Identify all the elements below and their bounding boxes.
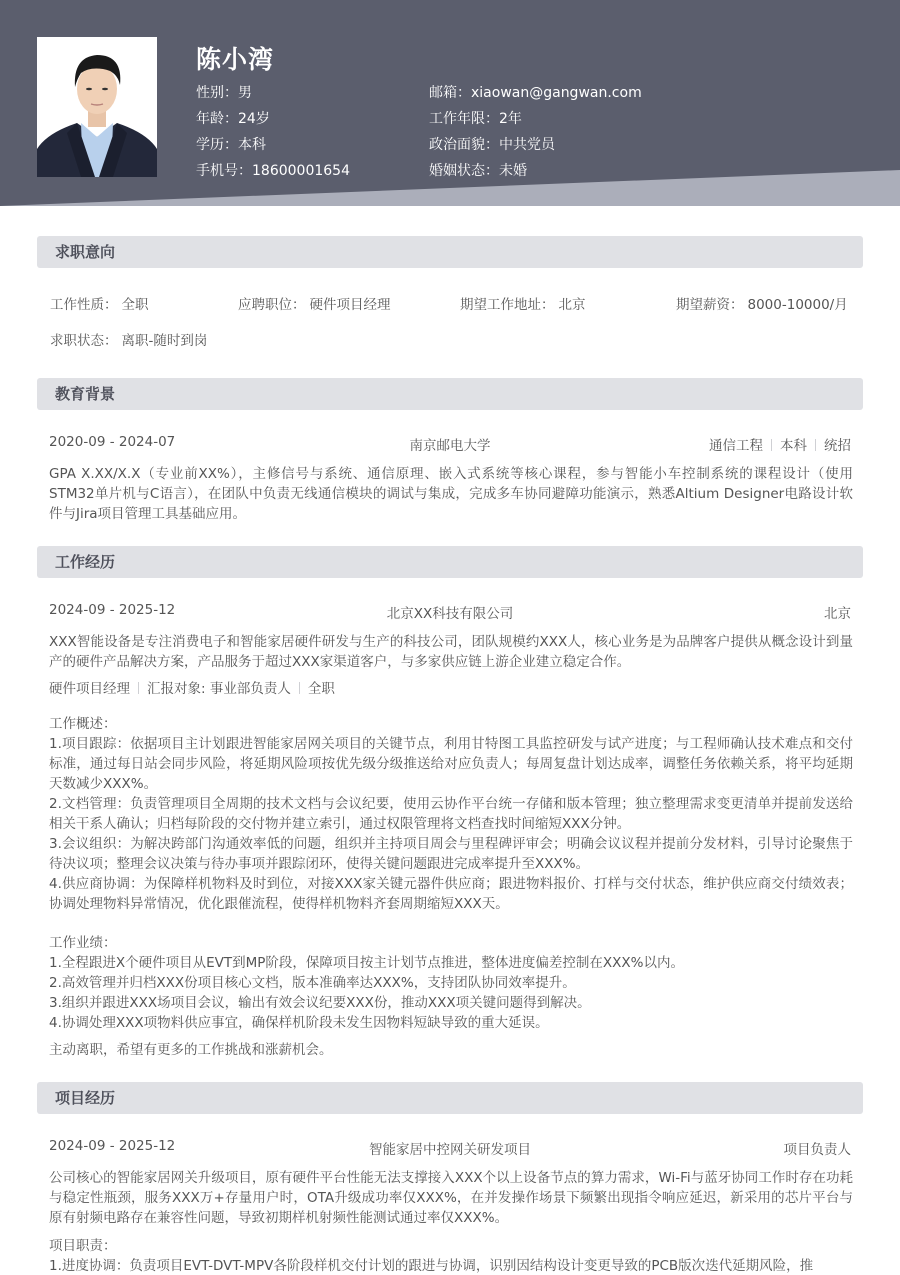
- info-label: 学历：: [196, 137, 238, 153]
- section-title: 教育背景: [37, 378, 863, 410]
- info-value: 2年: [499, 111, 522, 127]
- info-email: 邮箱：xiaowan@gangwan.com: [429, 82, 642, 108]
- field-label: 工作性质：: [50, 297, 118, 313]
- field-label: 应聘职位：: [238, 297, 306, 313]
- divider: [771, 439, 772, 451]
- field-value: 北京: [559, 297, 586, 313]
- achievement-item: 1.全程跟进X个硬件项目从EVT到MP阶段，保障项目按主计划节点推进，整体进度偏…: [49, 953, 853, 973]
- info-label: 手机号：: [196, 163, 252, 179]
- field-value: 全职: [122, 297, 149, 313]
- field-label: 期望工作地址：: [460, 297, 555, 313]
- tag-title: 硬件项目经理: [49, 681, 130, 697]
- info-marital-status: 婚姻状态：未婚: [429, 160, 642, 186]
- summary-label: 工作概述：: [49, 714, 853, 734]
- section-title: 工作经历: [37, 546, 863, 578]
- project-duties: 项目职责： 1.进度协调：负责项目EVT-DVT-MPV各阶段样机交付计划的跟进…: [49, 1236, 853, 1275]
- tag-enrollment: 统招: [824, 438, 851, 454]
- description-text: XXX智能设备是专注消费电子和智能家居硬件研发与生产的科技公司，团队规模约XXX…: [49, 632, 853, 672]
- duties-label: 项目职责：: [49, 1236, 853, 1256]
- field-value: 8000-10000/月: [748, 297, 848, 313]
- intent-salary: 期望薪资：8000-10000/月: [676, 293, 848, 313]
- section-project-experience: 项目经历: [37, 1082, 863, 1114]
- education-tags: 通信工程本科统招: [709, 434, 851, 454]
- profile-header: 陈小湾 性别：男 年龄：24岁 学历：本科 手机号：18600001654 邮箱…: [0, 0, 900, 206]
- section-job-intent: 求职意向: [37, 236, 863, 268]
- company-name: 北京XX科技有限公司: [49, 602, 851, 622]
- work-achievements: 工作业绩： 1.全程跟进X个硬件项目从EVT到MP阶段，保障项目按主计划节点推进…: [49, 933, 853, 1033]
- work-location: 北京: [824, 602, 851, 622]
- work-summary: 工作概述： 1.项目跟踪：依据项目主计划跟进智能家居网关项目的关键节点，利用甘特…: [49, 714, 853, 914]
- candidate-name: 陈小湾: [196, 40, 274, 76]
- section-work-experience: 工作经历: [37, 546, 863, 578]
- divider: [815, 439, 816, 451]
- info-age: 年龄：24岁: [196, 108, 350, 134]
- achievement-item: 2.高效管理并归档XXX份项目核心文档，版本准确率达XXX%，支持团队协同效率提…: [49, 973, 853, 993]
- avatar-photo: [37, 37, 157, 177]
- intent-status: 求职状态：离职-随时到岗: [50, 329, 207, 349]
- info-value: 本科: [238, 137, 266, 153]
- info-political-status: 政治面貌：中共党员: [429, 134, 642, 160]
- info-work-years: 工作年限：2年: [429, 108, 642, 134]
- info-label: 邮箱：: [429, 85, 471, 101]
- info-gender: 性别：男: [196, 82, 350, 108]
- section-title: 求职意向: [37, 236, 863, 268]
- education-description: GPA X.XX/X.X（专业前XX%），主修信号与系统、通信原理、嵌入式系统等…: [49, 464, 853, 524]
- tag-employment-type: 全职: [308, 681, 335, 697]
- info-value: 未婚: [499, 163, 527, 179]
- field-label: 期望薪资：: [676, 297, 744, 313]
- divider: [299, 682, 300, 694]
- basic-info-left: 性别：男 年龄：24岁 学历：本科 手机号：18600001654: [196, 82, 350, 186]
- project-role: 项目负责人: [784, 1138, 852, 1158]
- intent-position: 应聘职位：硬件项目经理: [238, 293, 391, 313]
- company-intro: XXX智能设备是专注消费电子和智能家居硬件研发与生产的科技公司，团队规模约XXX…: [49, 632, 853, 672]
- achievement-item: 3.组织并跟进XXX场项目会议，输出有效会议纪要XXX份，推动XXX项关键问题得…: [49, 993, 853, 1013]
- summary-item: 2.文档管理：负责管理项目全周期的技术文档与会议纪要，使用云协作平台统一存储和版…: [49, 794, 853, 834]
- divider: [138, 682, 139, 694]
- field-value: 硬件项目经理: [310, 297, 391, 313]
- achievements-label: 工作业绩：: [49, 933, 853, 953]
- description-text: GPA X.XX/X.X（专业前XX%），主修信号与系统、通信原理、嵌入式系统等…: [49, 464, 853, 524]
- summary-item: 3.会议组织：为解决跨部门沟通效率低的问题，组织并主持项目周会与里程碑评审会；明…: [49, 834, 853, 874]
- info-value: 24岁: [238, 111, 270, 127]
- info-value: 男: [238, 85, 252, 101]
- intent-location: 期望工作地址：北京: [460, 293, 586, 313]
- section-title: 项目经历: [37, 1082, 863, 1114]
- field-value: 离职-随时到岗: [122, 333, 208, 349]
- tag-degree: 本科: [780, 438, 807, 454]
- basic-info-right: 邮箱：xiaowan@gangwan.com 工作年限：2年 政治面貌：中共党员…: [429, 82, 642, 186]
- leave-reason-text: 主动离职，希望有更多的工作挑战和涨薪机会。: [49, 1040, 853, 1060]
- info-label: 性别：: [196, 85, 238, 101]
- leave-reason: 主动离职，希望有更多的工作挑战和涨薪机会。: [49, 1040, 853, 1060]
- project-name: 智能家居中控网关研发项目: [49, 1138, 851, 1158]
- summary-item: 4.供应商协调：为保障样机物料及时到位，对接XXX家关键元器件供应商；跟进物料报…: [49, 874, 853, 914]
- info-education: 学历：本科: [196, 134, 350, 160]
- description-text: 公司核心的智能家居网关升级项目，原有硬件平台性能无法支撑接入XXX个以上设备节点…: [49, 1168, 853, 1228]
- summary-item: 1.项目跟踪：依据项目主计划跟进智能家居网关项目的关键节点，利用甘特图工具监控研…: [49, 734, 853, 794]
- work-tags: 硬件项目经理汇报对象: 事业部负责人全职: [49, 679, 853, 699]
- duty-item: 1.进度协调：负责项目EVT-DVT-MPV各阶段样机交付计划的跟进与协调，识别…: [49, 1256, 853, 1275]
- section-education: 教育背景: [37, 378, 863, 410]
- field-label: 求职状态：: [50, 333, 118, 349]
- info-label: 政治面貌：: [429, 137, 499, 153]
- tag-report-to: 汇报对象: 事业部负责人: [147, 681, 291, 697]
- info-value: 中共党员: [499, 137, 555, 153]
- info-label: 婚姻状态：: [429, 163, 499, 179]
- info-value: xiaowan@gangwan.com: [471, 85, 642, 101]
- achievement-item: 4.协调处理XXX项物料供应事宜，确保样机阶段未发生因物料短缺导致的重大延误。: [49, 1013, 853, 1033]
- tag-major: 通信工程: [709, 438, 763, 454]
- project-description: 公司核心的智能家居网关升级项目，原有硬件平台性能无法支撑接入XXX个以上设备节点…: [49, 1168, 853, 1228]
- education-entry-header: 2020-09 - 2024-07 南京邮电大学 通信工程本科统招: [49, 434, 851, 454]
- project-entry-header: 2024-09 - 2025-12 智能家居中控网关研发项目 项目负责人: [49, 1138, 851, 1158]
- intent-job-type: 工作性质：全职: [50, 293, 149, 313]
- info-value: 18600001654: [252, 163, 350, 179]
- info-label: 年龄：: [196, 111, 238, 127]
- info-label: 工作年限：: [429, 111, 499, 127]
- work-entry-header: 2024-09 - 2025-12 北京XX科技有限公司 北京: [49, 602, 851, 622]
- info-phone: 手机号：18600001654: [196, 160, 350, 186]
